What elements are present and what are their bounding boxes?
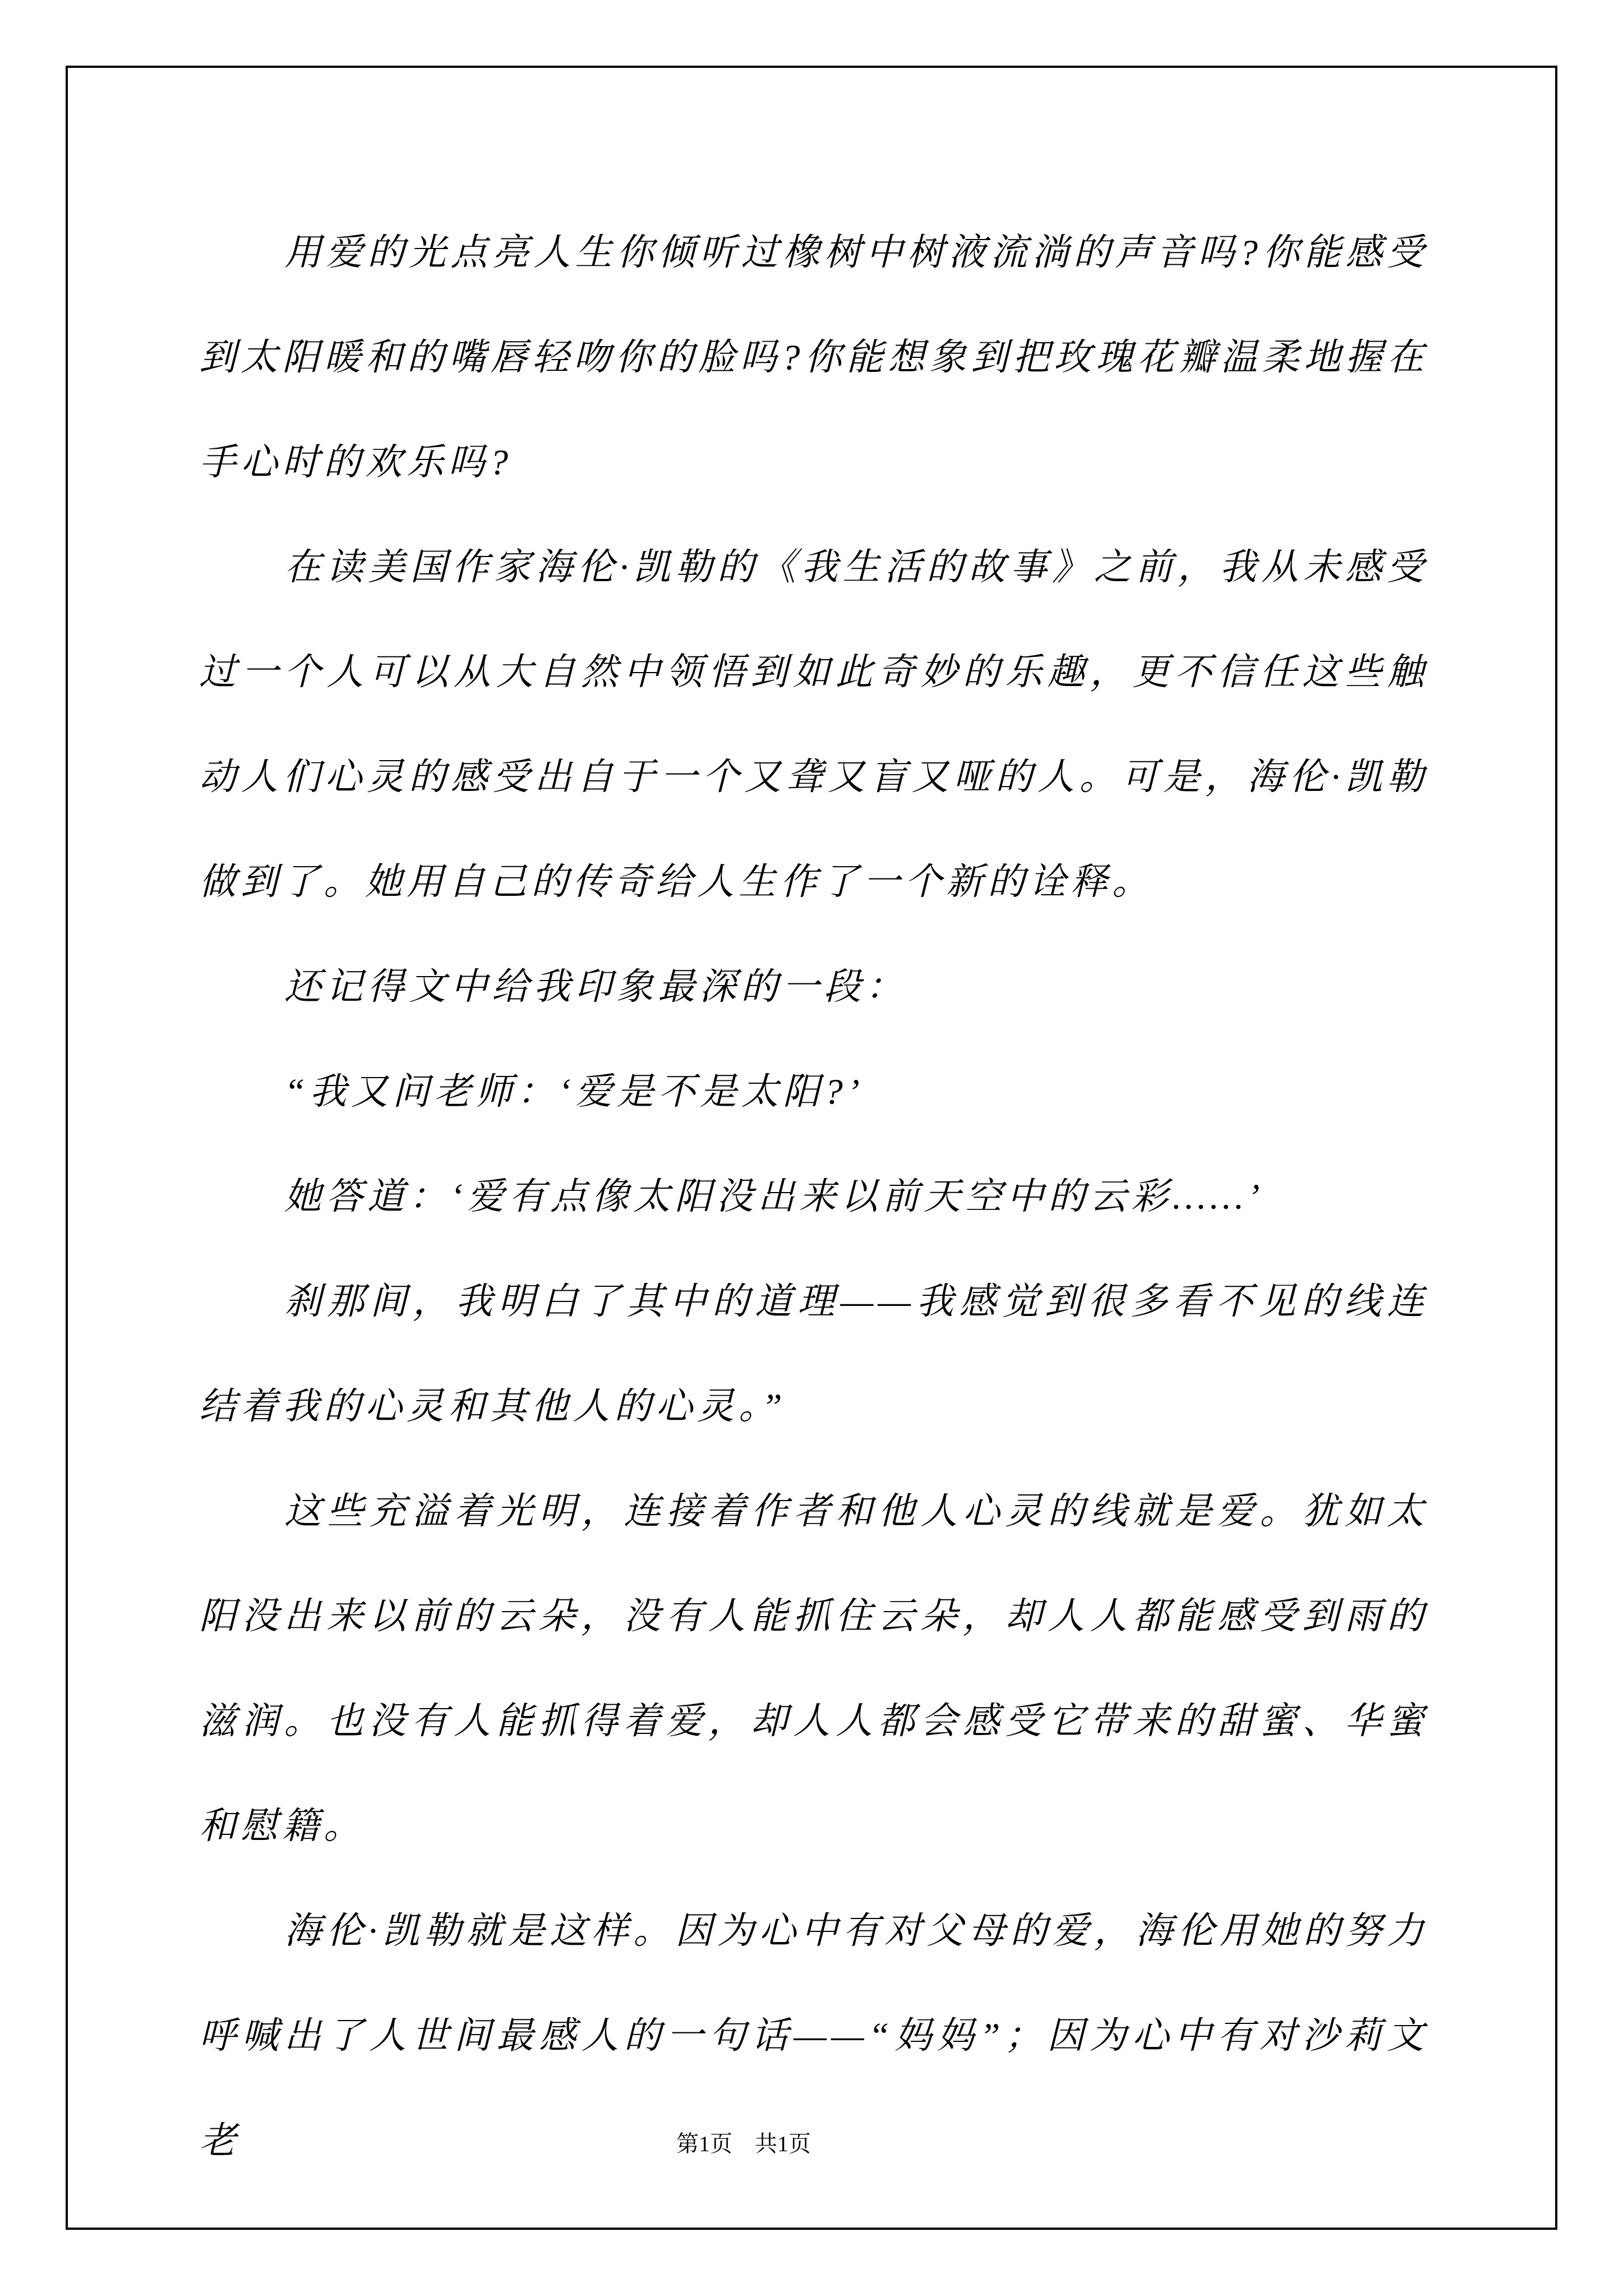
page-border-frame: 用爱的光点亮人生你倾听过橡树中树液流淌的声音吗?你能感受到太阳暖和的嘴唇轻吻你的…	[66, 66, 1557, 2230]
paragraph: 用爱的光点亮人生你倾听过橡树中树液流淌的声音吗?你能感受到太阳暖和的嘴唇轻吻你的…	[199, 200, 1428, 515]
paragraph: 海伦·凯勒就是这样。因为心中有对父母的爱，海伦用她的努力呼喊出了人世间最感人的一…	[199, 1879, 1428, 2193]
paragraph: 她答道：‘爱有点像太阳没出来以前天空中的云彩……’	[199, 1144, 1428, 1249]
page-number: 第1页 共1页	[676, 2131, 811, 2156]
paragraph: 还记得文中给我印象最深的一段：	[199, 935, 1428, 1039]
paragraph: “我又问老师：‘爱是不是太阳?’	[199, 1039, 1428, 1144]
paragraph: 在读美国作家海伦·凯勒的《我生活的故事》之前，我从未感受过一个人可以从大自然中领…	[199, 515, 1428, 935]
page-footer: 第1页 共1页	[676, 2126, 811, 2158]
document-body: 用爱的光点亮人生你倾听过橡树中树液流淌的声音吗?你能感受到太阳暖和的嘴唇轻吻你的…	[199, 200, 1428, 2193]
paragraph: 刹那间，我明白了其中的道理——我感觉到很多看不见的线连结着我的心灵和其他人的心灵…	[199, 1249, 1428, 1459]
paragraph: 这些充溢着光明，连接着作者和他人心灵的线就是爱。犹如太阳没出来以前的云朵，没有人…	[199, 1459, 1428, 1879]
